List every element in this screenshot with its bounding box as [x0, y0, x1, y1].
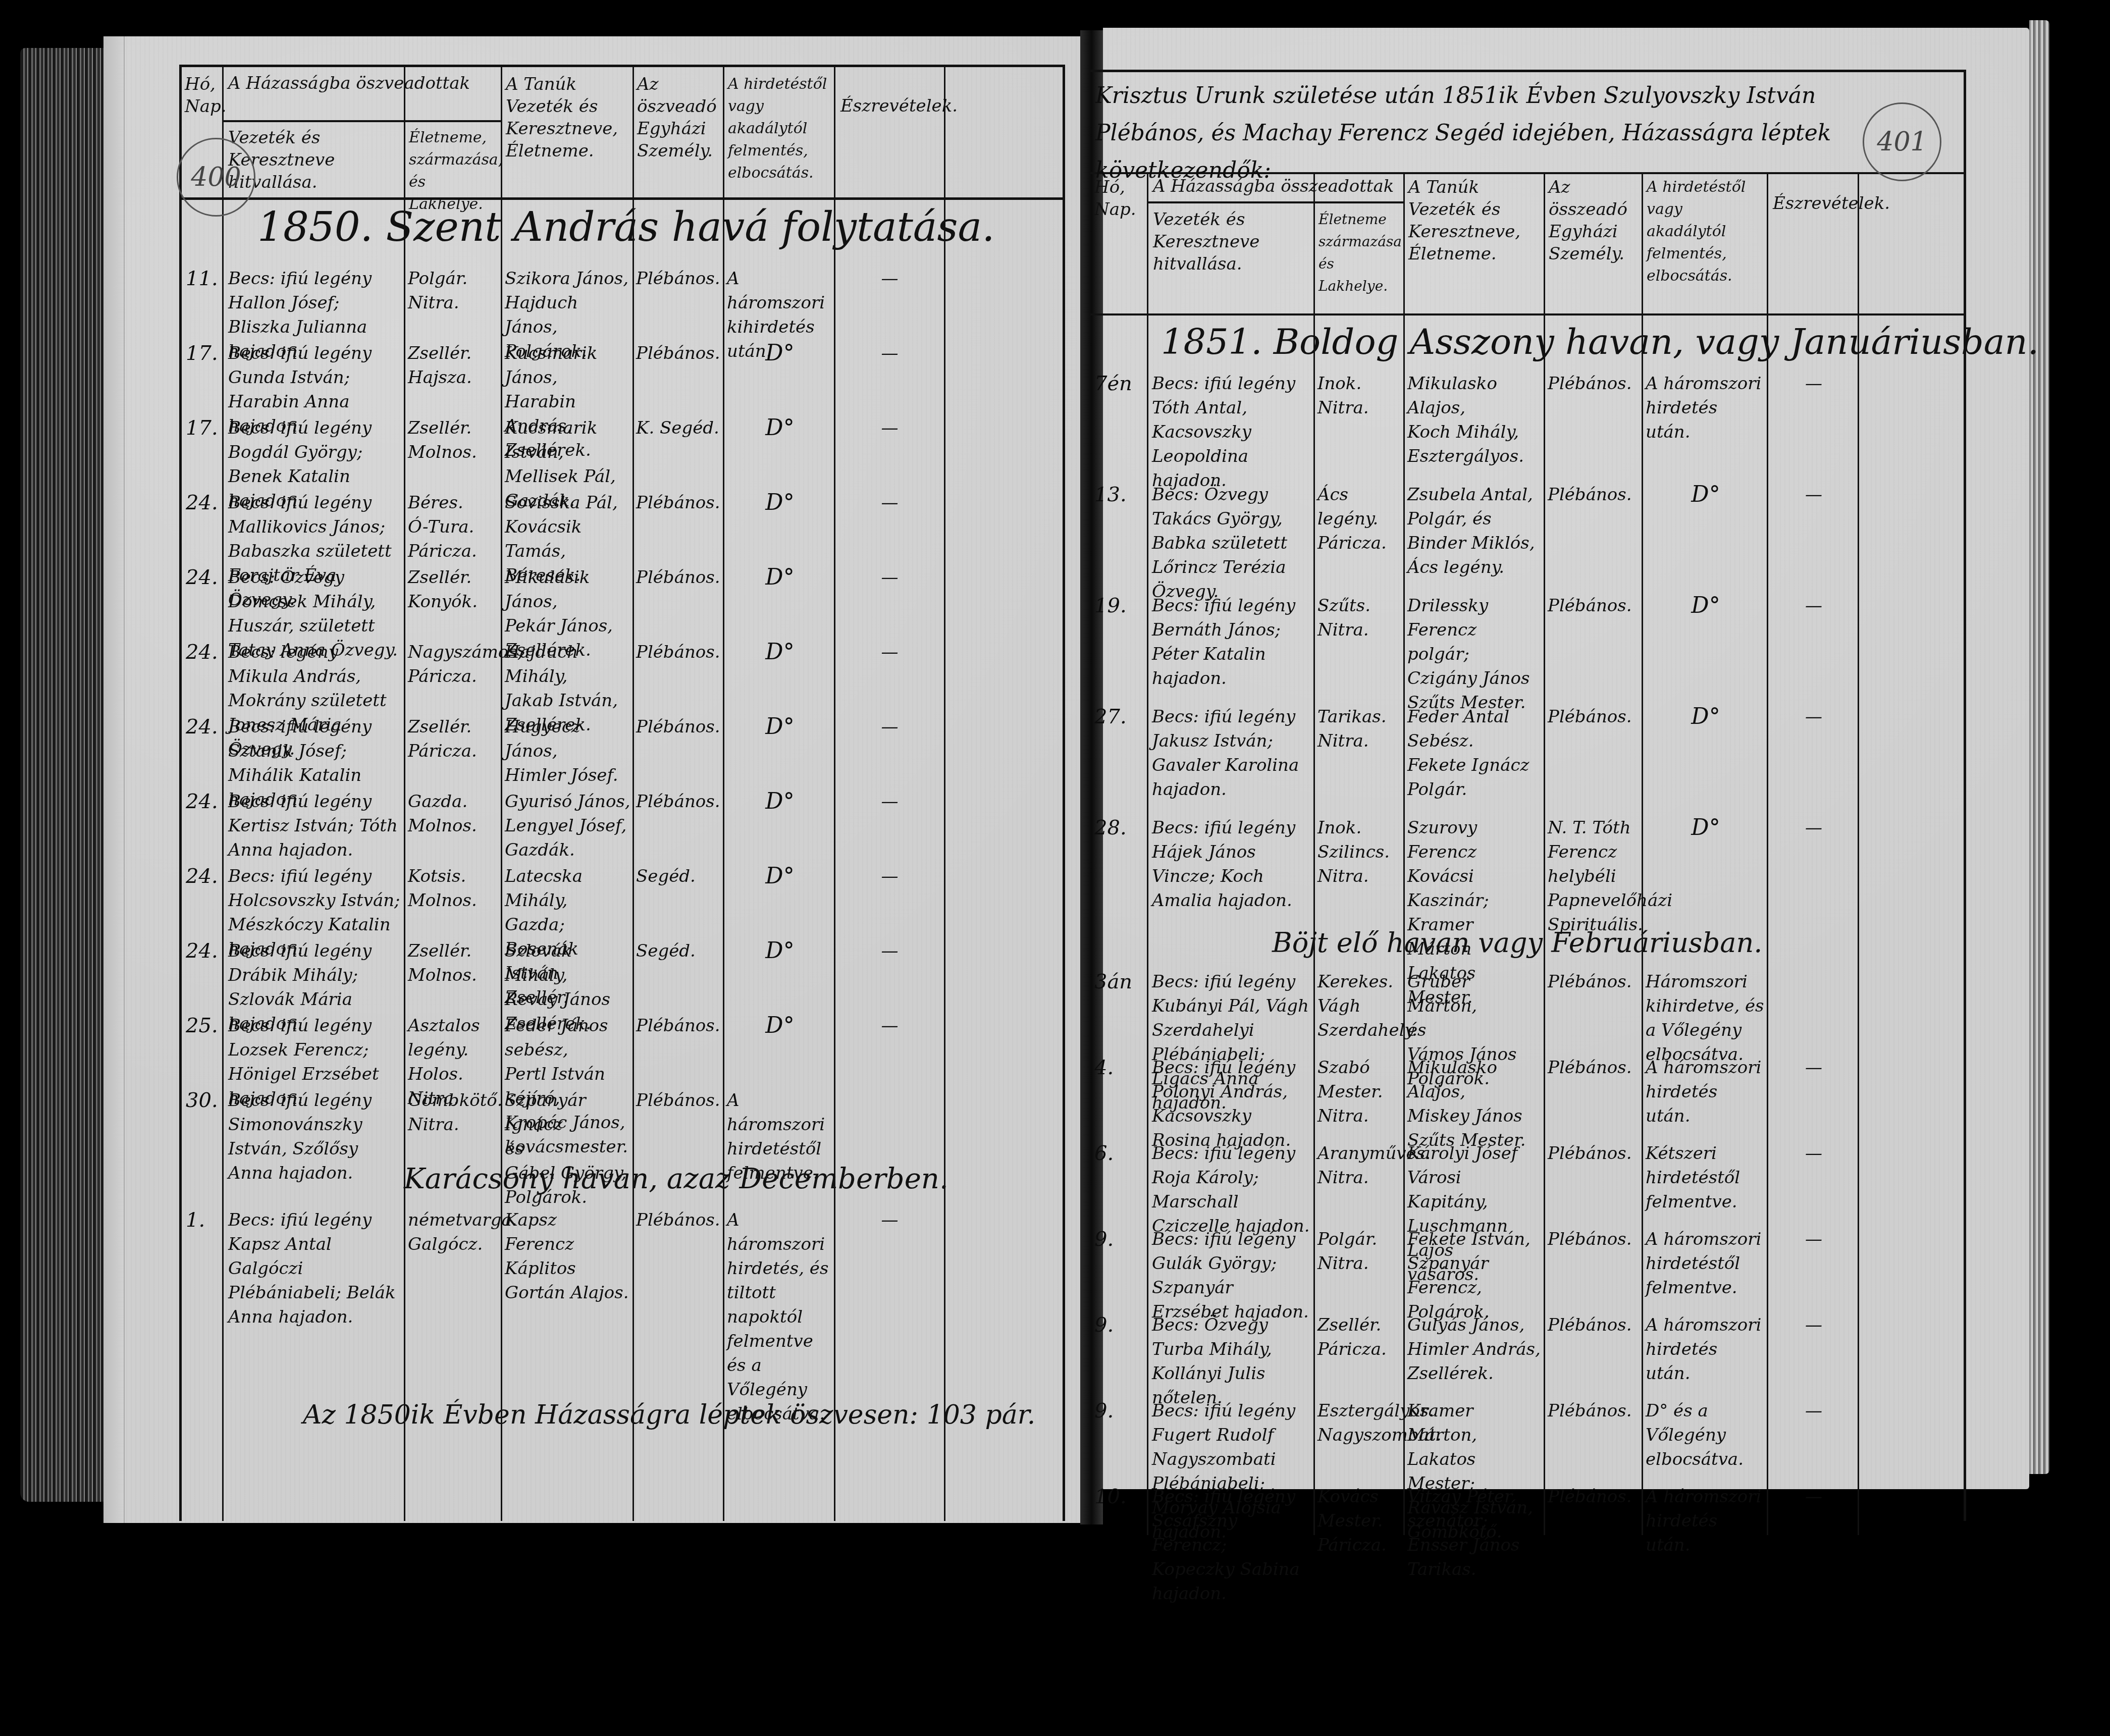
entry-officiant: Plébános. — [636, 267, 722, 291]
entry-residence: Inok. Szilincs. Nitra. — [1317, 816, 1402, 888]
entry-remarks: — — [1771, 594, 1857, 618]
header-married: A Házasságba öszveadottak — [228, 72, 496, 94]
entry-remarks: — — [1771, 1485, 1857, 1509]
entry-remarks: — — [838, 1014, 941, 1038]
page-title: Krisztus Urunk születése után 1851ik Évb… — [1095, 77, 1873, 189]
book-page-edges-left — [20, 48, 103, 1502]
entry-officiant: Plébános. — [1548, 594, 1641, 618]
entry-dispensation: A háromszori hirdetéstől felmentve. — [1646, 1227, 1766, 1300]
entry-residence: Kerekes. Vágh Szerdahely. — [1317, 970, 1402, 1042]
entry-officiant: Segéd. — [636, 939, 722, 963]
entry-day: 6. — [1094, 1141, 1145, 1166]
entry-witnesses: Mikulasko Alajos, Koch Mihály, Esztergál… — [1407, 372, 1543, 468]
year-total-1850: Az 1850ik Évben Házasságra léptek öszves… — [303, 1400, 1035, 1430]
entry-remarks: — — [1771, 816, 1857, 840]
entry-dispensation: D° — [727, 864, 833, 888]
entry-dispensation: D° — [727, 565, 833, 590]
entry-officiant: Plébános. — [1548, 1227, 1641, 1251]
entry-residence: Nagyszámos, Páricza. — [408, 640, 500, 689]
entry-dispensation: A háromszori hirdetés, és tiltott napokt… — [727, 1208, 833, 1426]
entry-dispensation: D° — [727, 715, 833, 739]
entry-remarks: — — [838, 267, 941, 291]
entry-dispensation: D° — [1646, 705, 1766, 729]
entry-name: Becs: ifiú legény Hájek János Vincze; Ko… — [1152, 816, 1312, 913]
entry-dispensation: A háromszori hirdetés után. — [1646, 1313, 1766, 1386]
entry-officiant: Plébános. — [1548, 705, 1641, 729]
entry-remarks: — — [1771, 1227, 1857, 1251]
entry-witnesses: Gulyás János, Himler András, Zsellérek. — [1407, 1313, 1543, 1386]
entry-residence: Szűts. Nitra. — [1317, 594, 1402, 642]
entry-day: 24. — [186, 715, 221, 739]
entry-dispensation: Háromszori kihirdetve, és a Vőlegény elb… — [1646, 970, 1766, 1067]
entry-name: Becs: ifiú legény Polonyi András, Kacsov… — [1152, 1056, 1312, 1152]
entry-day: 24. — [186, 565, 221, 590]
entry-name: Becs: Özvegy Turba Mihály, Kollányi Juli… — [1152, 1313, 1312, 1410]
entry-remarks: — — [838, 939, 941, 963]
entry-dispensation: D° — [727, 790, 833, 814]
entry-residence: Ács legény. Páricza. — [1317, 483, 1402, 555]
entry-name: Becs: ifiú legény Gulák György; Szpanyár… — [1152, 1227, 1312, 1324]
entry-name: Becs: ifiú legény Kertisz István; Tóth A… — [228, 790, 402, 862]
entry-dispensation: D° — [727, 939, 833, 963]
section-title-december: Karácsony havan, azaz Decemberben. — [404, 1163, 948, 1195]
header-name-religion: Vezeték és Keresztneve hitvallása. — [1153, 208, 1309, 275]
entry-residence: németvarga. Galgócz. — [408, 1208, 500, 1256]
entry-day: 11. — [186, 267, 221, 291]
entry-officiant: K. Segéd. — [636, 416, 722, 440]
header-dispensation: A hirdetéstől vagy akadálytól felmentés,… — [728, 73, 831, 184]
section-title-1851-january: 1851. Boldog Asszony havan, vagy Januári… — [1161, 321, 2039, 362]
entry-officiant: Segéd. — [636, 864, 722, 888]
entry-day: 19. — [1094, 594, 1145, 618]
entry-witnesses: Gyurisó János, Lengyel Jósef, Gazdák. — [505, 790, 631, 862]
entry-witnesses: Kapsz Ferencz Káplitos Gortán Alajos. — [505, 1208, 631, 1305]
entry-residence: Gombkötő. Nitra. — [408, 1088, 500, 1137]
entry-officiant: Plébános. — [636, 1208, 722, 1232]
entry-witnesses: Feder Antal Sebész. Fekete Ignácz Polgár… — [1407, 705, 1543, 802]
entry-officiant: Plébános. — [1548, 483, 1641, 507]
entry-officiant: Plébános. — [636, 341, 722, 365]
entry-remarks: — — [1771, 1141, 1857, 1166]
entry-dispensation: A háromszori hirdetés után. — [1646, 1485, 1766, 1557]
entry-witnesses: Drilessky Ferencz polgár; Czigány János … — [1407, 594, 1543, 715]
entry-day: 13. — [1094, 483, 1145, 507]
entry-remarks: — — [838, 790, 941, 814]
entry-remarks: — — [838, 416, 941, 440]
entry-day: 24. — [186, 939, 221, 963]
entry-officiant: Plébános. — [1548, 1399, 1641, 1423]
section-title-1850-november: 1850. Szent András havá folytatása. — [257, 203, 995, 250]
header-month-day: Hó, Nap. — [185, 73, 220, 118]
entry-dispensation: D° — [727, 416, 833, 440]
entry-residence: Zsellér. Páricza. — [408, 715, 500, 763]
entry-dispensation: D° — [727, 341, 833, 365]
entry-remarks: — — [838, 1208, 941, 1232]
entry-name: Becs: ifiú legény Tóth Antal, Kacsovszky… — [1152, 372, 1312, 493]
header-remarks: Észrevételek. — [840, 95, 941, 117]
header-dispensation: A hirdetéstől vagy akadálytól felmentés,… — [1647, 176, 1765, 287]
entry-day: 9. — [1094, 1227, 1145, 1251]
book-page-edges-right — [2029, 20, 2049, 1474]
entry-residence: Esztergályos. Nagyszombat. — [1317, 1399, 1402, 1447]
entry-residence: Zsellér. Hajsza. — [408, 341, 500, 390]
entry-remarks: — — [838, 864, 941, 888]
entry-remarks: — — [838, 565, 941, 590]
entry-dispensation: D° — [727, 491, 833, 515]
entry-day: 24. — [186, 491, 221, 515]
entry-day: 24. — [186, 864, 221, 888]
entry-dispensation: A háromszori hirdetés után. — [1646, 1056, 1766, 1128]
entry-name: Becs: ifiú legény Roja Károly; Marschall… — [1152, 1141, 1312, 1238]
entry-day: 10. — [1094, 1485, 1145, 1509]
header-occupation-residence: Életneme származása és Lakhelye. — [1318, 208, 1402, 297]
entry-name: Becs: Özvegy Takács György, Babka szület… — [1152, 483, 1312, 604]
entry-witnesses: Mikulasko Alajos, Miskey János Szűts Mes… — [1407, 1056, 1543, 1152]
entry-officiant: Plébános. — [636, 715, 722, 739]
entry-dispensation: D° — [1646, 483, 1766, 507]
entry-residence: Zsellér. Páricza. — [1317, 1313, 1402, 1361]
entry-officiant: Plébános. — [636, 565, 722, 590]
entry-day: 9. — [1094, 1313, 1145, 1337]
entry-residence: Zsellér. Molnos. — [408, 939, 500, 987]
entry-day: 4. — [1094, 1056, 1145, 1080]
entry-residence: Kotsis. Molnos. — [408, 864, 500, 913]
entry-day: 30. — [186, 1088, 221, 1113]
entry-remarks: — — [838, 715, 941, 739]
entry-residence: Béres. Ó-Tura. Páricza. — [408, 491, 500, 563]
entry-remarks: — — [838, 640, 941, 664]
left-register-table: Hó, Nap. A Házasságba öszveadottak Vezet… — [179, 65, 1065, 1521]
entry-day: 3án — [1094, 970, 1145, 994]
entry-dispensation: Kétszeri hirdetéstől felmentve. — [1646, 1141, 1766, 1214]
entry-remarks: — — [1771, 1056, 1857, 1080]
entry-residence: Zsellér. Konyók. — [408, 565, 500, 614]
entry-officiant: Plébános. — [636, 491, 722, 515]
header-officiant: Az összeadó Egyházi Személy. — [1549, 176, 1640, 265]
entry-dispensation: D° és a Vőlegény elbocsátva. — [1646, 1399, 1766, 1471]
entry-residence: Tarikas. Nitra. — [1317, 705, 1402, 753]
entry-residence: Inok. Nitra. — [1317, 372, 1402, 420]
entry-officiant: Plébános. — [636, 640, 722, 664]
header-occupation-residence: Életneme, származása, és Lakhelye. — [409, 127, 499, 216]
page-number-stamp: 400 — [177, 138, 255, 217]
entry-residence: Zsellér. Molnos. — [408, 416, 500, 464]
entry-dispensation: A háromszori hirdetés után. — [1646, 372, 1766, 444]
entry-officiant: N. T. Tóth Ferencz helybéli Papnevelőház… — [1548, 816, 1641, 937]
entry-name: Becs: ifiú legény Scsáfszny Ferencz; Kop… — [1152, 1485, 1312, 1606]
entry-name: Becs: ifiú legény Bernáth János; Péter K… — [1152, 594, 1312, 691]
header-witnesses: A Tanúk Vezeték és Keresztneve, Életneme… — [1408, 176, 1541, 265]
entry-officiant: Plébános. — [636, 1014, 722, 1038]
entry-day: 27. — [1094, 705, 1145, 729]
entry-residence: Aranyműves. Nitra. — [1317, 1141, 1402, 1190]
entry-officiant: Plébános. — [1548, 1056, 1641, 1080]
header-witnesses: A Tanúk Vezeték és Keresztneve, Életneme… — [506, 73, 629, 162]
entry-name: Becs: ifiú legény Simonovánszky István, … — [228, 1088, 402, 1185]
header-officiant: Az öszveadó Egyházi Személy. — [637, 73, 720, 162]
entry-remarks: — — [838, 341, 941, 365]
entry-day: 25. — [186, 1014, 221, 1038]
entry-officiant: Plébános. — [1548, 1141, 1641, 1166]
entry-remarks: — — [1771, 1399, 1857, 1423]
entry-remarks: — — [1771, 1313, 1857, 1337]
section-title-february: Böjt elő havan vagy Februáriusban. — [1272, 927, 1762, 959]
entry-day: 9. — [1094, 1399, 1145, 1423]
entry-residence: Szabó Mester. Nitra. — [1317, 1056, 1402, 1128]
entry-witnesses: Vitzay Péter szenátor; Ensser János Tari… — [1407, 1485, 1543, 1582]
entry-remarks: — — [1771, 705, 1857, 729]
entry-officiant: Plébános. — [1548, 970, 1641, 994]
entry-witnesses: Fekete István, Szpanyár Ferencz, Polgáro… — [1407, 1227, 1543, 1324]
entry-day: 7én — [1094, 372, 1145, 396]
entry-day: 28. — [1094, 816, 1145, 840]
entry-day: 17. — [186, 341, 221, 365]
header-remarks: Észrevételek. — [1773, 192, 1856, 215]
entry-residence: Polgár. Nitra. — [1317, 1227, 1402, 1276]
entry-witnesses: Zsubela Antal, Polgár, és Binder Miklós,… — [1407, 483, 1543, 580]
entry-officiant: Plébános. — [636, 790, 722, 814]
entry-day: 17. — [186, 416, 221, 440]
entry-officiant: Plébános. — [1548, 372, 1641, 396]
entry-day: 24. — [186, 790, 221, 814]
entry-name: Becs: ifiú legény Kapsz Antal Galgóczi P… — [228, 1208, 402, 1329]
entry-dispensation: D° — [1646, 594, 1766, 618]
entry-day: 24. — [186, 640, 221, 664]
entry-residence: Kovács Mester. Páricza. — [1317, 1485, 1402, 1557]
entry-dispensation: D° — [727, 640, 833, 664]
entry-remarks: — — [1771, 372, 1857, 396]
entry-dispensation: D° — [727, 1014, 833, 1038]
entry-officiant: Plébános. — [1548, 1485, 1641, 1509]
entry-name: Becs: ifiú legény Jakusz István; Gavaler… — [1152, 705, 1312, 802]
entry-residence: Polgár. Nitra. — [408, 267, 500, 315]
entry-residence: Gazda. Molnos. — [408, 790, 500, 838]
entry-remarks: — — [838, 491, 941, 515]
page-number-stamp: 401 — [1863, 102, 1941, 181]
entry-officiant: Plébános. — [636, 1088, 722, 1113]
right-register-table: Hó, Nap. A Házasságba összeadottak Vezet… — [1090, 70, 1966, 1521]
entry-dispensation: D° — [1646, 816, 1766, 840]
entry-witnesses: Hugyecz János, Himler Jósef. — [505, 715, 631, 787]
entry-remarks: — — [1771, 483, 1857, 507]
entry-day: 1. — [186, 1208, 221, 1232]
entry-officiant: Plébános. — [1548, 1313, 1641, 1337]
